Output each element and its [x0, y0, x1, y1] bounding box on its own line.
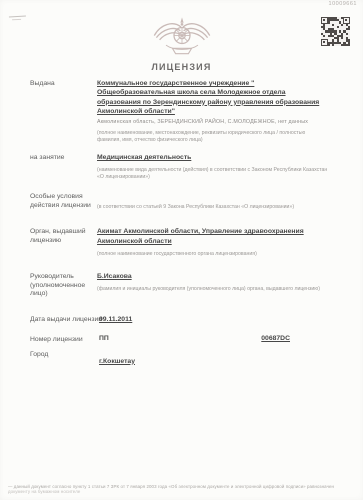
footer-note-line2: документу на бумажном носителе	[8, 489, 356, 495]
special-conditions-note: (в соответствии со статьей 9 Закона Респ…	[97, 204, 337, 211]
field-head-official: Руководитель (уполномоченное лицо) Б.Иса…	[30, 272, 348, 299]
issued-to-line: Акмолинской области"	[97, 107, 348, 116]
qr-finder-icon	[321, 17, 328, 24]
authority-line: Акимат Акмолинской области, Управление з…	[97, 227, 348, 236]
field-license-number: Номер лицензии ПП 00687DC	[30, 335, 348, 345]
license-fields: Выдана Коммунальное государственное учре…	[30, 79, 348, 368]
field-activity: на занятие Медицинская деятельность (наи…	[30, 153, 348, 181]
city-value: г.Кокшетау	[99, 357, 135, 366]
field-issued-to: Выдана Коммунальное государственное учре…	[30, 79, 348, 144]
license-number-value: 00687DC	[261, 335, 290, 342]
document-number-top: 10009661	[329, 1, 357, 7]
field-label: Особые условия действия лицензии	[30, 192, 97, 210]
authority-note: (полное наименование государственного ор…	[97, 251, 329, 258]
field-special-conditions: Особые условия действия лицензии (в соот…	[30, 192, 348, 211]
head-official-note: (фамилия и инициалы руководителя (уполно…	[97, 286, 329, 293]
issued-to-line: Коммунальное государственное учреждение …	[97, 79, 348, 88]
issued-to-address: Акмолинская область, ЗЕРЕНДИНСКИЙ РАЙОН,…	[97, 119, 348, 125]
field-label: Выдана	[30, 79, 97, 89]
document-title: ЛИЦЕНЗИЯ	[0, 62, 363, 72]
kazakhstan-emblem-icon	[150, 11, 214, 59]
field-issue-date: Дата выдачи лицензии 09.11.2011	[30, 315, 348, 325]
authority-line: Акмолинской области	[97, 237, 348, 246]
issued-to-line: Общеобразовательная школа села Молодежно…	[97, 88, 348, 97]
qr-code	[321, 17, 350, 46]
license-document: 10009661 ЛИЦЕНЗИЯ Выдана Коммунальное го…	[0, 0, 363, 500]
qr-finder-icon	[321, 39, 328, 46]
footer-note: — данный документ согласно пункту 1 стат…	[8, 484, 356, 495]
activity-value: Медицинская деятельность	[97, 153, 348, 162]
field-label: Руководитель (уполномоченное лицо)	[30, 272, 97, 299]
activity-note: (наименование вида деятельности (действи…	[97, 167, 329, 181]
issue-date-value: 09.11.2011	[99, 315, 348, 324]
scan-mark	[9, 16, 26, 21]
field-label: Дата выдачи лицензии	[30, 315, 97, 325]
head-official-value: Б.Исакова	[97, 272, 348, 281]
field-issuing-authority: Орган, выдавший лицензию Акимат Акмолинс…	[30, 227, 348, 258]
field-city: Город г.Кокшетау	[30, 350, 348, 368]
issued-to-line: образования по Зерендинскому району упра…	[97, 98, 348, 107]
field-label: на занятие	[30, 153, 97, 163]
qr-finder-icon	[343, 17, 350, 24]
field-label: Орган, выдавший лицензию	[30, 227, 97, 245]
field-label: Номер лицензии	[30, 335, 97, 345]
field-label: Город	[30, 350, 97, 360]
license-series: ПП	[99, 335, 109, 342]
issued-to-note: (полное наименование, местонахождение, р…	[97, 130, 329, 144]
